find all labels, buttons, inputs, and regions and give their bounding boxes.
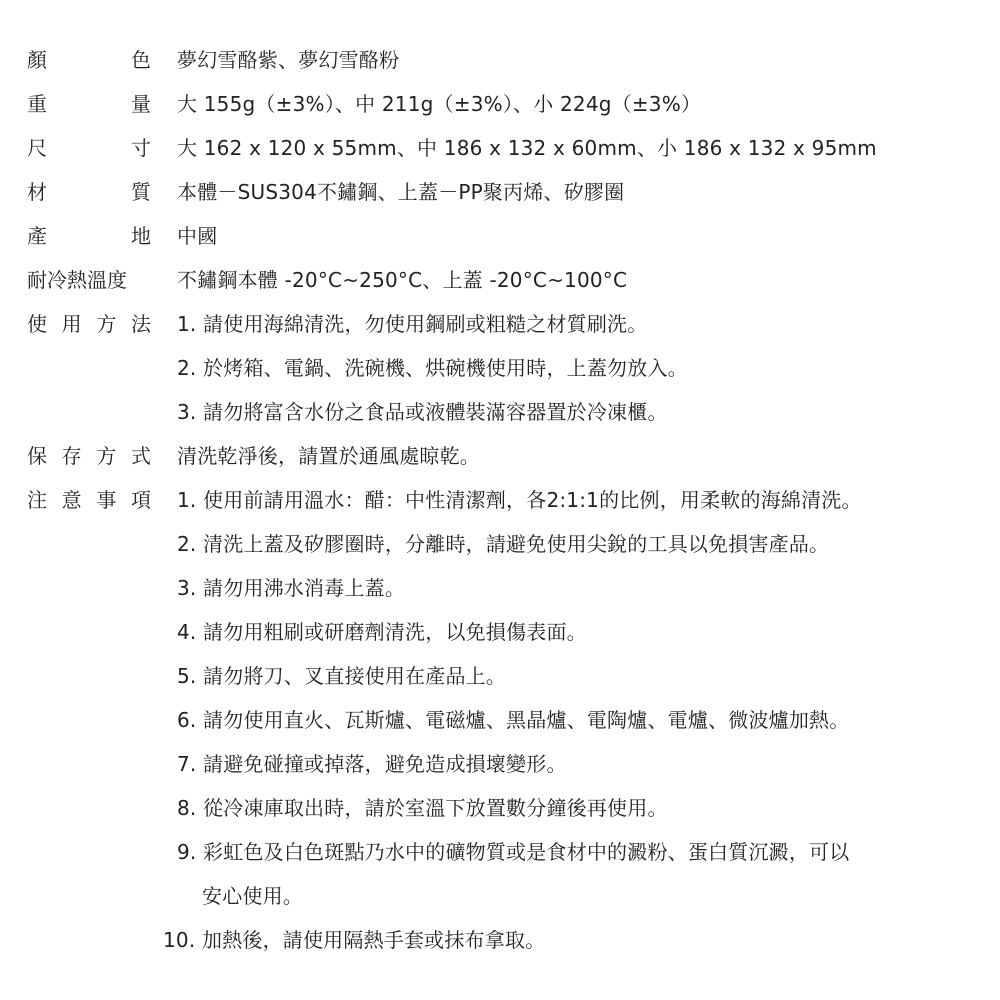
label-char: 色: [131, 45, 151, 75]
spec-row-storage: 保 存 方 式 清洗乾淨後，請置於通風處晾乾。: [0, 441, 1000, 471]
item-text: 請勿使用直火、瓦斯爐、電磁爐、黑晶爐、電陶爐、電爐、微波爐加熱。: [203, 708, 849, 732]
label-char: 地: [131, 221, 151, 251]
spec-row-color: 顏 色 夢幻雪酪紫、夢幻雪酪粉: [0, 45, 1000, 75]
label-char: 產: [27, 221, 47, 251]
item-number: 2.: [177, 529, 196, 559]
spec-row-material: 材 質 本體－SUS304不鏽鋼、上蓋－PP聚丙烯、矽膠圈: [0, 177, 1000, 207]
item-number: 1.: [177, 309, 196, 339]
label-char: 意: [62, 485, 82, 515]
item-text: 請勿將富含水份之食品或液體裝滿容器置於冷凍櫃。: [203, 400, 668, 424]
item-text: 請勿用粗刷或研磨劑清洗，以免損傷表面。: [203, 620, 587, 644]
spec-label-material: 材 質: [27, 177, 151, 207]
spec-value-origin: 中國: [177, 221, 217, 251]
item-text: 清洗上蓋及矽膠圈時，分離時，請避免使用尖銳的工具以免損害產品。: [203, 532, 829, 556]
spec-value-size: 大 162 x 120 x 55mm、中 186 x 132 x 60mm、小 …: [177, 133, 877, 163]
spec-label-size: 尺 寸: [27, 133, 151, 163]
spec-value-color: 夢幻雪酪紫、夢幻雪酪粉: [177, 45, 399, 75]
notes-item: 6. 請勿使用直火、瓦斯爐、電磁爐、黑晶爐、電陶爐、電爐、微波爐加熱。: [177, 705, 849, 735]
label-char: 使: [27, 309, 47, 339]
item-number: 2.: [177, 353, 196, 383]
notes-item: 7. 請避免碰撞或掉落，避免造成損壞變形。: [177, 749, 567, 779]
label-char: 法: [131, 309, 151, 339]
item-number: 8.: [177, 793, 196, 823]
item-number: 9.: [177, 837, 196, 867]
item-number: 4.: [177, 617, 196, 647]
spec-value-weight: 大 155g（±3%）、中 211g（±3%）、小 224g（±3%）: [177, 89, 701, 119]
spec-value-material: 本體－SUS304不鏽鋼、上蓋－PP聚丙烯、矽膠圈: [177, 177, 624, 207]
spec-label-notes: 注 意 事 項: [27, 485, 151, 515]
label-char: 保: [27, 441, 47, 471]
notes-item-continuation: 安心使用。: [202, 881, 303, 911]
label-char: 式: [131, 441, 151, 471]
item-text: 請勿用沸水消毒上蓋。: [203, 576, 405, 600]
label-char: 用: [62, 309, 82, 339]
spec-label-usage: 使 用 方 法: [27, 309, 151, 339]
spec-label-weight: 重 量: [27, 89, 151, 119]
item-number: 6.: [177, 705, 196, 735]
label-char: 量: [131, 89, 151, 119]
usage-item: 2. 於烤箱、電鍋、洗碗機、烘碗機使用時，上蓋勿放入。: [177, 353, 688, 383]
spec-value-temperature: 不鏽鋼本體 -20°C~250°C、上蓋 -20°C~100°C: [177, 265, 627, 295]
item-text: 彩虹色及白色斑點乃水中的礦物質或是食材中的澱粉、蛋白質沉澱，可以: [203, 840, 849, 864]
label-char: 重: [27, 89, 47, 119]
spec-label-storage: 保 存 方 式: [27, 441, 151, 471]
notes-item: 3. 請勿用沸水消毒上蓋。: [177, 573, 405, 603]
usage-item: 1. 請使用海綿清洗，勿使用鋼刷或粗糙之材質刷洗。: [177, 309, 647, 339]
spec-value-storage: 清洗乾淨後，請置於通風處晾乾。: [177, 441, 480, 471]
item-number: 7.: [177, 749, 196, 779]
item-text: 請使用海綿清洗，勿使用鋼刷或粗糙之材質刷洗。: [203, 312, 647, 336]
item-text: 安心使用。: [202, 884, 303, 908]
item-text: 請避免碰撞或掉落，避免造成損壞變形。: [203, 752, 567, 776]
item-number: 1.: [177, 485, 196, 515]
spec-label-color: 顏 色: [27, 45, 151, 75]
notes-item: 10. 加熱後，請使用隔熱手套或抹布拿取。: [163, 925, 545, 955]
notes-item: 9. 彩虹色及白色斑點乃水中的礦物質或是食材中的澱粉、蛋白質沉澱，可以: [177, 837, 849, 867]
label-char: 項: [131, 485, 151, 515]
item-number: 10.: [163, 925, 195, 955]
label-char: 顏: [27, 45, 47, 75]
usage-item: 3. 請勿將富含水份之食品或液體裝滿容器置於冷凍櫃。: [177, 397, 668, 427]
label-char: 方: [96, 441, 116, 471]
item-text: 從冷凍庫取出時，請於室溫下放置數分鐘後再使用。: [203, 796, 668, 820]
notes-item: 8. 從冷凍庫取出時，請於室溫下放置數分鐘後再使用。: [177, 793, 668, 823]
item-text: 加熱後，請使用隔熱手套或抹布拿取。: [202, 928, 545, 952]
notes-item: 5. 請勿將刀、叉直接使用在產品上。: [177, 661, 506, 691]
label-char: 事: [96, 485, 116, 515]
item-number: 3.: [177, 397, 196, 427]
spec-label-origin: 產 地: [27, 221, 151, 251]
label-char: 材: [27, 177, 47, 207]
spec-row-size: 尺 寸 大 162 x 120 x 55mm、中 186 x 132 x 60m…: [0, 133, 1000, 163]
notes-item: 1. 使用前請用溫水：醋：中性清潔劑，各2:1:1的比例，用柔軟的海綿清洗。: [177, 485, 862, 515]
label-char: 存: [62, 441, 82, 471]
item-text: 於烤箱、電鍋、洗碗機、烘碗機使用時，上蓋勿放入。: [203, 356, 688, 380]
spec-label-temperature: 耐冷熱溫度: [27, 265, 151, 295]
label-char: 方: [96, 309, 116, 339]
notes-item: 4. 請勿用粗刷或研磨劑清洗，以免損傷表面。: [177, 617, 587, 647]
item-text: 使用前請用溫水：醋：中性清潔劑，各2:1:1的比例，用柔軟的海綿清洗。: [203, 488, 862, 512]
label-char: 質: [131, 177, 151, 207]
item-number: 5.: [177, 661, 196, 691]
item-number: 3.: [177, 573, 196, 603]
label-char: 寸: [131, 133, 151, 163]
spec-row-temperature: 耐冷熱溫度 不鏽鋼本體 -20°C~250°C、上蓋 -20°C~100°C: [0, 265, 1000, 295]
notes-item: 2. 清洗上蓋及矽膠圈時，分離時，請避免使用尖銳的工具以免損害產品。: [177, 529, 829, 559]
label-char: 注: [27, 485, 47, 515]
spec-row-weight: 重 量 大 155g（±3%）、中 211g（±3%）、小 224g（±3%）: [0, 89, 1000, 119]
label-char: 尺: [27, 133, 47, 163]
spec-row-origin: 產 地 中國: [0, 221, 1000, 251]
item-text: 請勿將刀、叉直接使用在產品上。: [203, 664, 506, 688]
